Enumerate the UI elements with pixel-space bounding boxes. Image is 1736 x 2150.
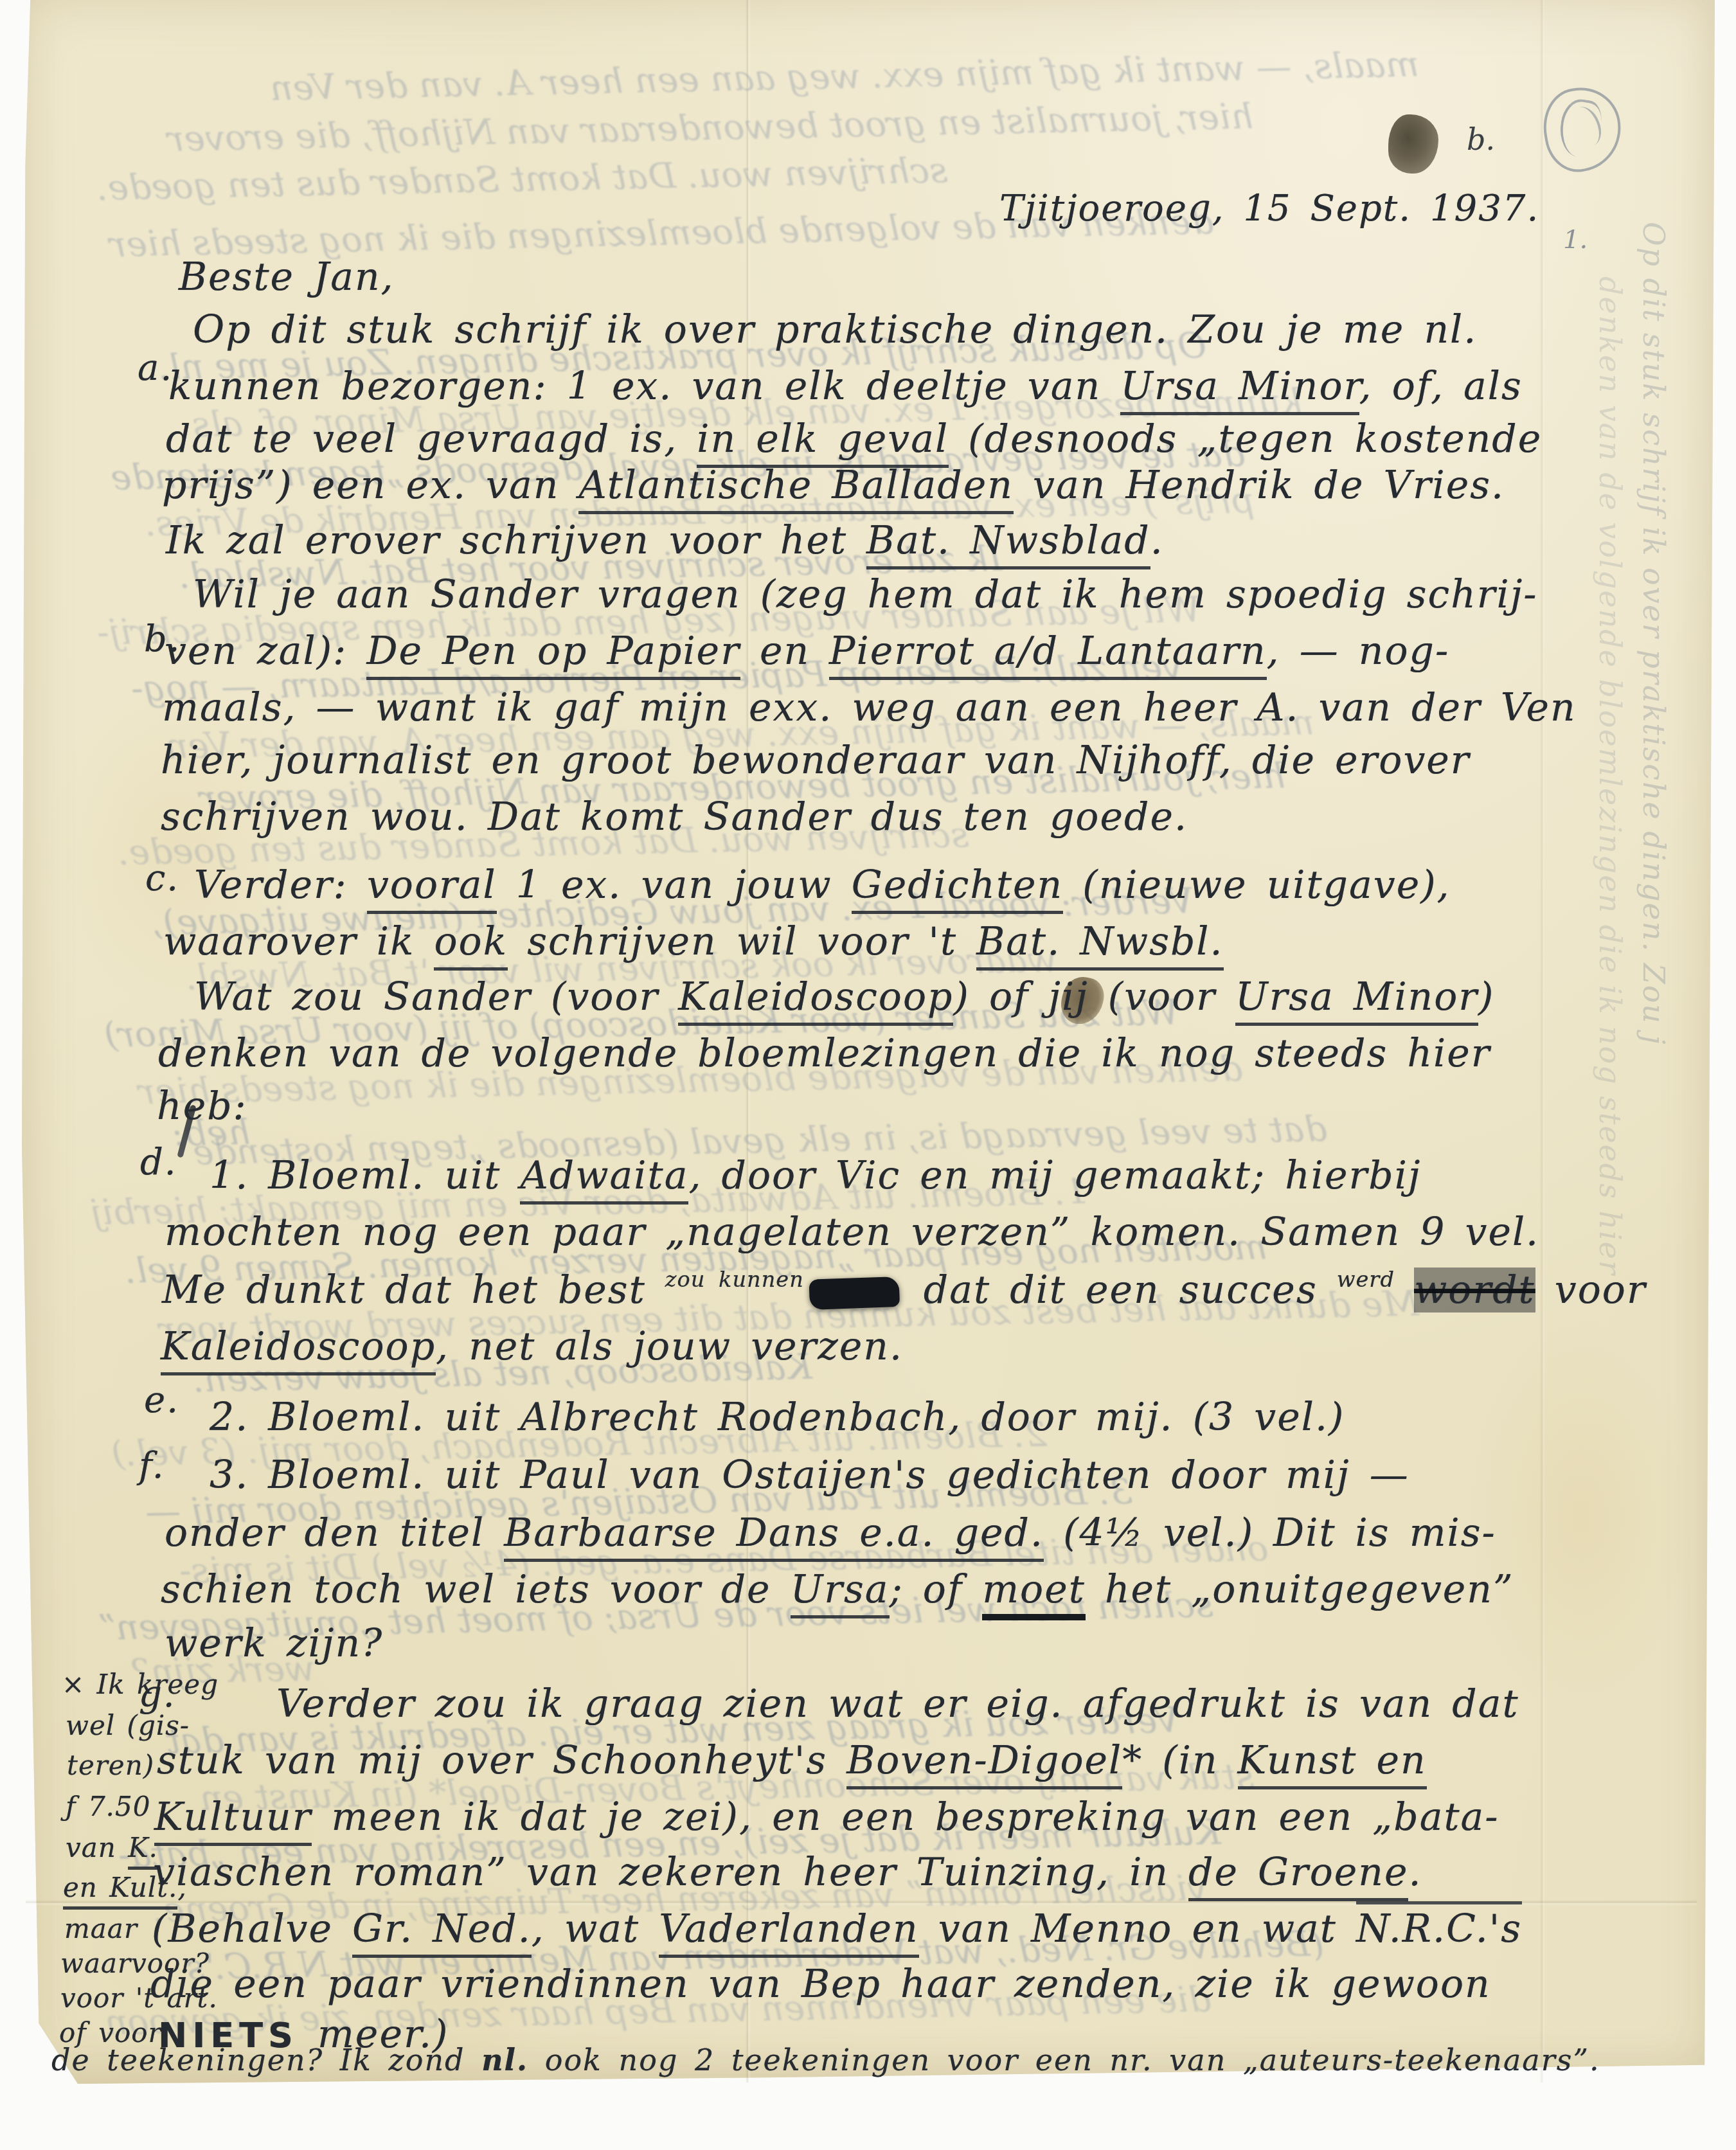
- text-segment: van: [66, 1832, 128, 1863]
- letter-line: ven zal): De Pen op Papier en Pierrot a/…: [165, 629, 1449, 674]
- text-segment: werd: [1337, 1267, 1395, 1292]
- text-segment: Gr. Ned.: [352, 1906, 532, 1958]
- ink-mark: b.: [1467, 122, 1495, 157]
- text-segment: de Groene: [1188, 1850, 1408, 1901]
- text-segment: Barbaarse Dans e.a. ged.: [504, 1510, 1044, 1562]
- margin-note-line: maar: [64, 1913, 138, 1944]
- text-segment: Op dit stuk schrijf ik over praktische d…: [193, 307, 1477, 352]
- letter-line: kunnen bezorgen: 1 ex. van elk deeltje v…: [168, 364, 1523, 409]
- text-segment: (desnoods „tegen kostende: [949, 417, 1542, 461]
- text-segment: ven zal):: [165, 629, 366, 674]
- text-segment: voor: [1535, 1268, 1647, 1312]
- text-segment: (4½ vel.) Dit is mis-: [1044, 1510, 1496, 1555]
- letter-line: viaschen roman” van zekeren heer Tuinzin…: [153, 1850, 1422, 1895]
- letter-line: (Behalve Gr. Ned., wat Vaderlanden van M…: [152, 1906, 1522, 1951]
- letter-line: Kaleidoscoop, net als jouw verzen.: [161, 1324, 903, 1369]
- text-segment: 1 ex. van jouw: [497, 863, 852, 908]
- text-segment: meen ik dat je zei), en een bespreking v…: [312, 1795, 1499, 1840]
- letter-line: stuk van mij over Schoonheyt's Boven-Dig…: [157, 1738, 1427, 1783]
- text-segment: (Behalve: [152, 1906, 352, 1951]
- text-segment: c.: [145, 857, 179, 899]
- text-segment: zou kunnen: [665, 1267, 804, 1292]
- text-segment: vooral: [367, 863, 497, 914]
- text-segment: e.: [144, 1379, 179, 1421]
- text-segment: hier, journalist en groot bewonderaar va…: [161, 738, 1471, 783]
- text-segment: kunnen bezorgen: 1 ex. van elk deeltje v…: [168, 364, 1120, 409]
- text-segment: [1395, 1268, 1414, 1312]
- letter-line: schien toch wel iets voor de Ursa; of mo…: [161, 1567, 1514, 1612]
- letter-line: Verder: vooral 1 ex. van jouw Gedichten …: [194, 863, 1451, 908]
- text-segment: viaschen roman” van zekeren heer Tuinzin…: [153, 1850, 1188, 1895]
- text-segment: schrijven wil voor 't: [508, 919, 976, 964]
- letter-line: dat te veel gevraagd is, in elk geval (d…: [166, 417, 1542, 461]
- text-segment: ƒ 7.50: [66, 1791, 150, 1822]
- bottom-line: de teekeningen? Ik zond nl. ook nog 2 te…: [51, 2043, 1600, 2077]
- text-segment: .: [1408, 1850, 1422, 1895]
- letter-line: Wat zou Sander (voor Kaleidoscoop) of ji…: [194, 974, 1494, 1019]
- text-segment: dat dit een succes: [904, 1268, 1337, 1312]
- text-segment: en: [740, 629, 829, 674]
- text-segment: wel (gis-: [66, 1710, 190, 1741]
- letter-line: Verder zou ik graag zien wat er eig. afg…: [276, 1681, 1519, 1726]
- margin-letter: a.: [138, 347, 173, 389]
- text-segment: (nieuwe uitgave),: [1063, 863, 1450, 908]
- text-segment: Boven-Digoel: [846, 1738, 1122, 1789]
- text-segment: nl.: [481, 2043, 528, 2077]
- text-segment: waarover ik: [163, 919, 434, 964]
- text-segment: onder den titel: [165, 1510, 504, 1555]
- text-segment: Atlantische Balladen: [578, 463, 1013, 514]
- text-segment: van Menno en wat: [919, 1906, 1356, 1951]
- text-segment: die een paar vriendinnen van Bep haar ze…: [150, 1962, 1491, 2007]
- text-segment: prijs”) een ex. van: [162, 463, 578, 508]
- text-segment: Wil je aan Sander vragen (zeg hem dat ik…: [193, 572, 1538, 617]
- margin-note-line: voor 't art.: [60, 1982, 218, 2014]
- margin-note-line: of voor: [59, 2017, 162, 2048]
- vertical-fold-crease: [1540, 0, 1545, 2083]
- text-segment: f.: [139, 1445, 165, 1487]
- letter-scan-page: Op dit stuk schrijf ik over praktische d…: [0, 0, 1736, 2150]
- text-segment: Kaleidoscoop: [161, 1324, 436, 1375]
- text-segment: denken van de volgende bloemlezingen die…: [158, 1031, 1490, 1076]
- text-segment: Wat zou Sander (voor: [194, 974, 678, 1019]
- text-segment: De Pen op Papier: [366, 629, 740, 680]
- text-segment: Vaderlanden: [659, 1906, 918, 1958]
- text-segment: Kultuur: [154, 1795, 312, 1846]
- text-segment: maals, — want ik gaf mijn exx. weg aan e…: [162, 685, 1577, 730]
- text-segment: waarvoor?: [60, 1948, 210, 1979]
- letter-line: 3. Bloeml. uit Paul van Ostaijen's gedic…: [210, 1453, 1409, 1498]
- margin-letter: f.: [139, 1445, 165, 1487]
- margin-note-line: van K.: [66, 1832, 158, 1863]
- text-segment: Gedichten: [852, 863, 1064, 914]
- text-segment: voor 't art.: [60, 1982, 218, 2014]
- text-segment: mochten nog een paar „nagelaten verzen” …: [165, 1210, 1539, 1255]
- letter-line: 2. Bloeml. uit Albrecht Rodenbach, door …: [210, 1395, 1345, 1440]
- letter-line: prijs”) een ex. van Atlantische Balladen…: [162, 463, 1505, 508]
- letter-line: onder den titel Barbaarse Dans e.a. ged.…: [165, 1510, 1496, 1555]
- letter-line: Kultuur meen ik dat je zei), en een besp…: [154, 1795, 1499, 1840]
- text-segment: , net als jouw verzen.: [436, 1324, 903, 1369]
- text-segment: Ursa Minor: [1120, 364, 1359, 415]
- text-segment: wordt: [1414, 1268, 1535, 1312]
- letter-line: schrijven wou. Dat komt Sander dus ten g…: [161, 794, 1188, 839]
- text-segment: ; of: [890, 1567, 983, 1612]
- text-segment: ook nog 2 teekeningen voor een nr. van „…: [528, 2043, 1600, 2077]
- letter-line: Me dunkt dat het best zou kunnen dat dit…: [162, 1268, 1647, 1312]
- letter-line: Op dit stuk schrijf ik over praktische d…: [193, 307, 1477, 352]
- letter-line: waarover ik ook schrijven wil voor 't Ba…: [163, 919, 1224, 964]
- margin-letter: c.: [145, 857, 179, 899]
- margin-letter: e.: [144, 1379, 179, 1421]
- letter-line: Wil je aan Sander vragen (zeg hem dat ik…: [193, 572, 1538, 617]
- letter-line: heb:: [157, 1084, 247, 1129]
- margin-letter: b.: [144, 618, 181, 660]
- letter-line: Ik zal erover schrijven voor het Bat. Nw…: [166, 518, 1164, 563]
- text-segment: 1. Bloeml. uit: [210, 1153, 520, 1198]
- text-segment: van Hendrik de Vries.: [1014, 463, 1505, 508]
- text-segment: ,: [177, 1872, 186, 1903]
- letter-line: maals, — want ik gaf mijn exx. weg aan e…: [162, 685, 1577, 730]
- letter-line: mochten nog een paar „nagelaten verzen” …: [165, 1210, 1539, 1255]
- text-segment: , wat: [532, 1906, 659, 1951]
- text-segment: maar: [64, 1913, 138, 1944]
- text-segment: schrijven wou. Dat komt Sander dus ten g…: [161, 794, 1188, 839]
- text-segment: en Kult.: [63, 1872, 177, 1910]
- margin-note-line: ƒ 7.50: [66, 1791, 150, 1822]
- text-segment: dat te veel gevraagd is,: [166, 417, 697, 461]
- text-segment: schien toch wel iets voor de: [161, 1567, 791, 1612]
- text-segment: ) of jij (voor: [953, 974, 1235, 1019]
- text-segment: Verder zou ik graag zien wat er eig. afg…: [276, 1681, 1519, 1726]
- vertical-pencil-annotation: denken van de volgende bloemlezingen die…: [1593, 276, 1627, 1276]
- text-segment: Ursa: [791, 1567, 890, 1618]
- ink-blot-overwrite: [809, 1277, 900, 1310]
- text-segment: Beste Jan,: [179, 255, 395, 300]
- margin-note-line: teren): [67, 1750, 154, 1781]
- text-segment: Kunst en: [1238, 1738, 1427, 1789]
- text-segment: moet: [982, 1567, 1086, 1620]
- text-segment: Me dunkt dat het best: [162, 1268, 665, 1312]
- text-segment: heb:: [157, 1084, 247, 1129]
- text-segment: Tjitjoeroeg, 15 Sept. 1937.: [999, 188, 1539, 229]
- letter-line: 1. Bloeml. uit Adwaita, door Vic en mij …: [210, 1153, 1421, 1198]
- margin-note-line: wel (gis-: [66, 1710, 190, 1741]
- text-segment: Pierrot a/d Lantaarn: [829, 629, 1266, 680]
- text-segment: ): [1478, 974, 1494, 1019]
- pencil-number-mark: 1.: [1563, 225, 1588, 255]
- text-segment: 2. Bloeml. uit Albrecht Rodenbach, door …: [210, 1395, 1345, 1440]
- margin-letter: d.: [140, 1142, 177, 1183]
- text-segment: .: [1150, 518, 1164, 563]
- salutation: Beste Jan,: [179, 255, 395, 300]
- text-segment: Bat. Nwsblad: [866, 518, 1150, 569]
- vertical-pencil-annotation: Op dit stuk schrijf ik over praktische d…: [1636, 222, 1671, 1046]
- margin-note-line: × Ik kreeg: [62, 1669, 219, 1700]
- text-segment: of voor: [59, 2017, 162, 2048]
- text-segment: , of, als: [1359, 364, 1523, 409]
- text-segment: * (in: [1122, 1738, 1237, 1783]
- text-segment: a.: [138, 347, 173, 389]
- text-segment: , door Vic en mij gemaakt; hierbij: [688, 1153, 1421, 1198]
- text-segment: Ik zal erover schrijven voor het: [166, 518, 866, 563]
- text-segment: Adwaita: [520, 1153, 688, 1205]
- text-segment: stuk van mij over Schoonheyt's: [157, 1738, 846, 1783]
- text-segment: 3. Bloeml. uit Paul van Ostaijen's gedic…: [210, 1453, 1409, 1498]
- text-segment: het „onuitgegeven”: [1086, 1567, 1514, 1612]
- text-segment: Verder:: [194, 863, 367, 908]
- margin-note-line: en Kult.,: [63, 1872, 187, 1903]
- text-segment: × Ik kreeg: [62, 1669, 219, 1700]
- text-segment: ook: [434, 919, 508, 971]
- text-segment: in elk geval: [697, 417, 949, 468]
- text-segment: d.: [140, 1142, 177, 1183]
- text-segment: , — nog-: [1267, 629, 1450, 674]
- text-segment: K.: [128, 1832, 158, 1870]
- text-segment: N.R.C.'s: [1356, 1901, 1522, 1951]
- letter-line: die een paar vriendinnen van Bep haar ze…: [150, 1962, 1491, 2007]
- dateline: Tjitjoeroeg, 15 Sept. 1937.: [999, 188, 1539, 229]
- letter-line: denken van de volgende bloemlezingen die…: [158, 1031, 1490, 1076]
- text-segment: Ursa Minor: [1235, 974, 1478, 1026]
- text-segment: werk zijn?: [165, 1621, 383, 1666]
- text-segment: teren): [67, 1750, 154, 1781]
- margin-note-line: waarvoor?: [60, 1948, 210, 1979]
- letter-line: werk zijn?: [165, 1621, 383, 1666]
- text-segment: b.: [144, 618, 181, 660]
- text-segment: Bat. Nwsbl.: [976, 919, 1223, 971]
- letter-line: hier, journalist en groot bewonderaar va…: [161, 738, 1471, 783]
- text-segment: Kaleidoscoop: [678, 974, 953, 1026]
